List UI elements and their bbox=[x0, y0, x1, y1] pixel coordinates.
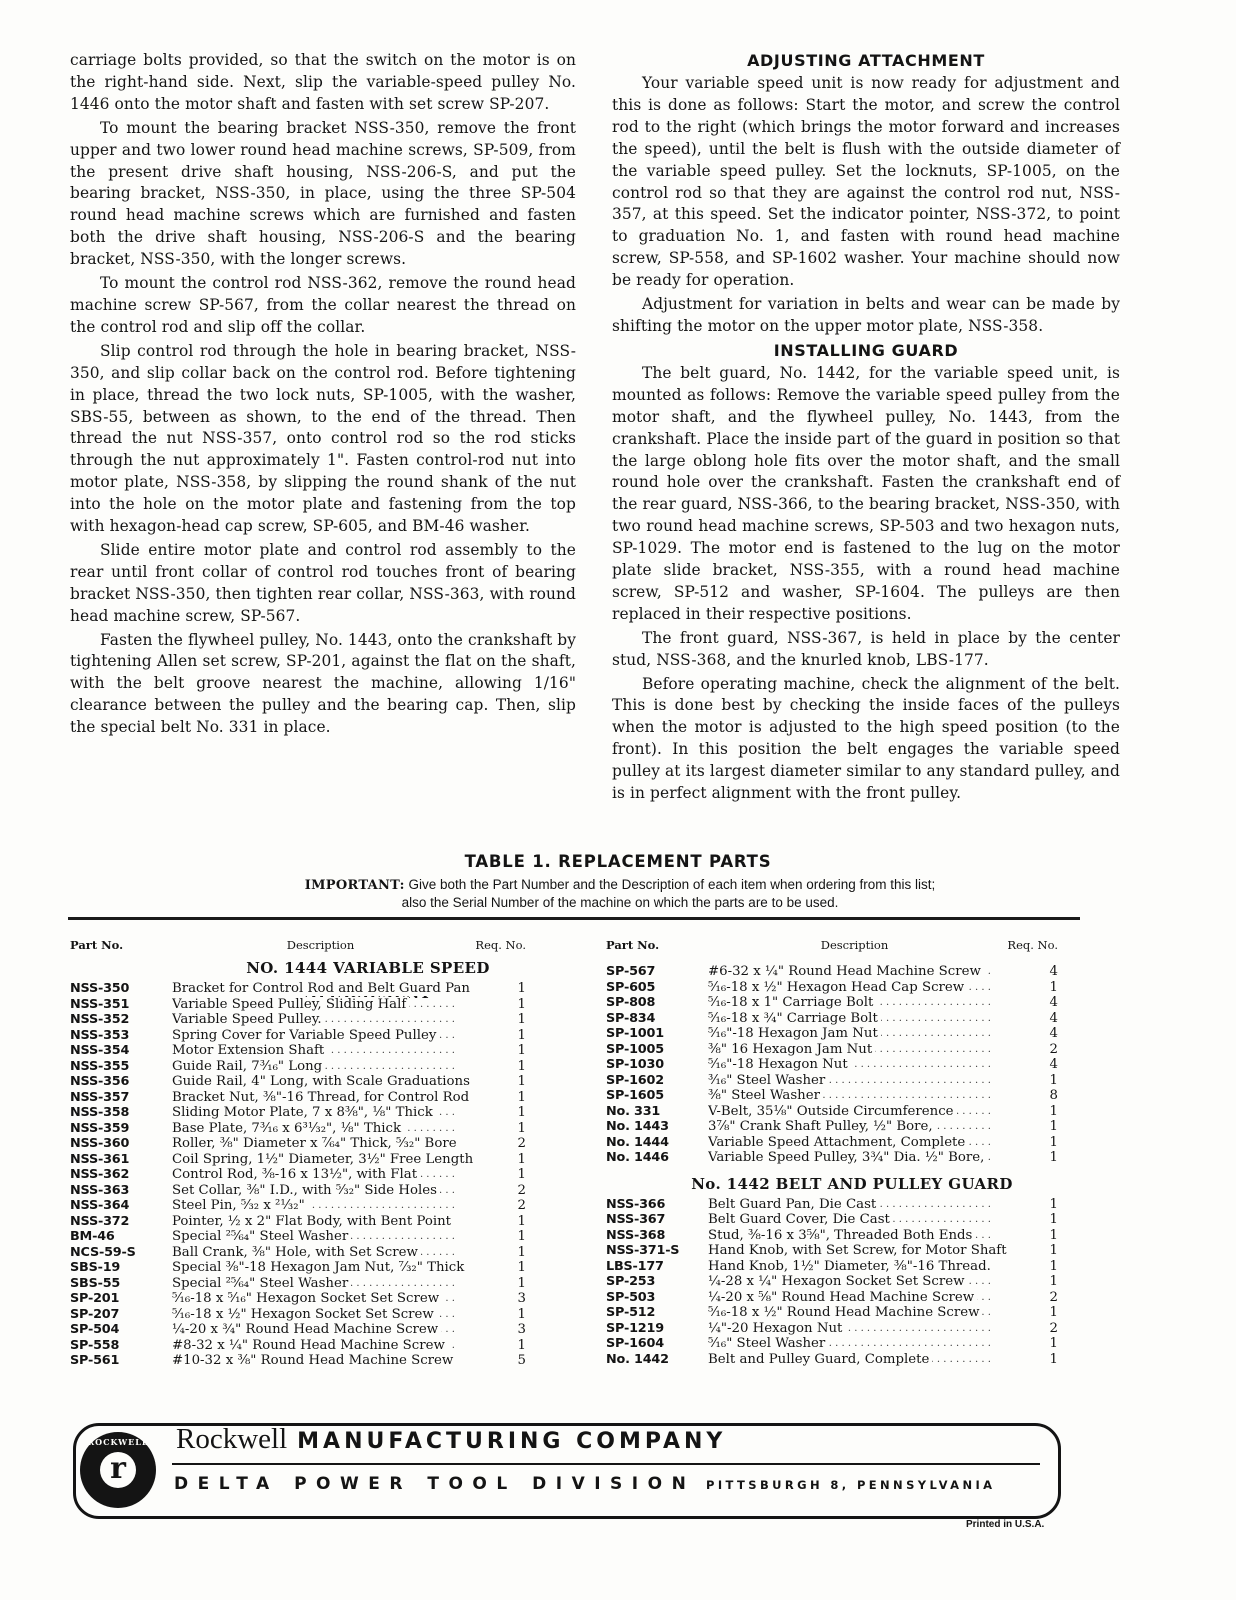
part-description: Spring Cover for Variable Speed Pulley bbox=[172, 1028, 508, 1044]
part-number: NSS-359 bbox=[70, 1121, 172, 1137]
part-number: NSS-355 bbox=[70, 1059, 172, 1075]
req-no-header: Req. No. bbox=[988, 938, 1058, 952]
part-number: SP-503 bbox=[606, 1290, 708, 1306]
required-quantity: 5 bbox=[508, 1353, 526, 1369]
part-description: ³⁄₈" 16 Hexagon Jam Nut bbox=[708, 1042, 1040, 1058]
table-header: Part No. Description Req. No. bbox=[70, 934, 526, 956]
part-number: NSS-362 bbox=[70, 1167, 172, 1183]
part-number: SP-1604 bbox=[606, 1336, 708, 1352]
part-description: Coil Spring, 1½" Diameter, 3½" Free Leng… bbox=[172, 1152, 508, 1168]
part-number: NSS-351 bbox=[70, 997, 172, 1013]
paragraph: Your variable speed unit is now ready fo… bbox=[612, 73, 1120, 292]
table-row: No. 1442Belt and Pulley Guard, Complete1 bbox=[606, 1352, 1058, 1368]
part-description: Hand Knob, with Set Screw, for Motor Sha… bbox=[708, 1243, 1040, 1259]
table-row: NSS-363Set Collar, ³⁄₈" I.D., with ⁵⁄₃₂"… bbox=[70, 1183, 526, 1199]
part-description: Sliding Motor Plate, 7 x 8³⁄₈", ¹⁄₈" Thi… bbox=[172, 1105, 508, 1121]
part-number: SP-201 bbox=[70, 1291, 172, 1307]
parts-table-right: Part No. Description Req. No. SP-567#6-3… bbox=[606, 934, 1058, 1367]
part-description: Stud, ³⁄₈-16 x 3⅝", Threaded Both Ends bbox=[708, 1228, 1040, 1244]
part-number: NSS-367 bbox=[606, 1212, 708, 1228]
paragraph: carriage bolts provided, so that the swi… bbox=[70, 50, 576, 116]
table-row: NSS-356Guide Rail, 4" Long, with Scale G… bbox=[70, 1074, 526, 1090]
part-number: SP-808 bbox=[606, 995, 708, 1011]
part-number: SP-561 bbox=[70, 1353, 172, 1369]
required-quantity: 1 bbox=[508, 1059, 526, 1075]
required-quantity: 1 bbox=[508, 1043, 526, 1059]
table-row: No. 331V-Belt, 35⅛" Outside Circumferenc… bbox=[606, 1104, 1058, 1120]
required-quantity: 1 bbox=[1040, 1073, 1058, 1089]
table-row: NSS-359Base Plate, 7³⁄₁₆ x 6³¹⁄₃₂", ¹⁄₈"… bbox=[70, 1121, 526, 1137]
left-text-column: carriage bolts provided, so that the swi… bbox=[70, 50, 576, 741]
part-number: SP-558 bbox=[70, 1338, 172, 1354]
table-divider bbox=[68, 917, 1080, 920]
part-number: NSS-352 bbox=[70, 1012, 172, 1028]
part-description: Bracket Nut, ³⁄₈"-16 Thread, for Control… bbox=[172, 1090, 508, 1106]
table-row: SP-1030⁵⁄₁₆"-18 Hexagon Nut4 bbox=[606, 1057, 1058, 1073]
part-description: Belt Guard Pan, Die Cast bbox=[708, 1197, 1040, 1213]
part-number: SBS-19 bbox=[70, 1260, 172, 1276]
part-description: ⁵⁄₁₆"-18 Hexagon Nut bbox=[708, 1057, 1040, 1073]
parts-table-left: Part No. Description Req. No. NO. 1444 V… bbox=[70, 934, 526, 1369]
part-number: NSS-354 bbox=[70, 1043, 172, 1059]
table-row: NSS-354Motor Extension Shaft1 bbox=[70, 1043, 526, 1059]
required-quantity: 4 bbox=[1040, 1026, 1058, 1042]
required-quantity: 1 bbox=[508, 1074, 526, 1090]
required-quantity: 1 bbox=[508, 1338, 526, 1354]
table-row: SP-605⁵⁄₁₆-18 x ½" Hexagon Head Cap Scre… bbox=[606, 980, 1058, 996]
part-description: Ball Crank, ³⁄₈" Hole, with Set Screw bbox=[172, 1245, 508, 1261]
important-text: also the Serial Number of the machine on… bbox=[150, 894, 1090, 911]
required-quantity: 2 bbox=[508, 1183, 526, 1199]
table-row: SP-207⁵⁄₁₆-18 x ½" Hexagon Socket Set Sc… bbox=[70, 1307, 526, 1323]
part-description: Pointer, ½ x 2" Flat Body, with Bent Poi… bbox=[172, 1214, 508, 1230]
table-row: SP-512⁵⁄₁₆-18 x ½" Round Head Machine Sc… bbox=[606, 1305, 1058, 1321]
table-row: SP-834⁵⁄₁₆-18 x ¾" Carriage Bolt4 bbox=[606, 1011, 1058, 1027]
part-number: SP-834 bbox=[606, 1011, 708, 1027]
part-number: SP-1030 bbox=[606, 1057, 708, 1073]
part-description: ³⁄₁₆" Steel Washer bbox=[708, 1073, 1040, 1089]
paragraph: Slide entire motor plate and control rod… bbox=[70, 540, 576, 628]
part-description: ⁵⁄₁₆-18 x ½" Hexagon Head Cap Screw bbox=[708, 980, 1040, 996]
table-row: SP-504¼-20 x ¾" Round Head Machine Screw… bbox=[70, 1322, 526, 1338]
paragraph: To mount the control rod NSS-362, remove… bbox=[70, 273, 576, 339]
table-row: NSS-361Coil Spring, 1½" Diameter, 3½" Fr… bbox=[70, 1152, 526, 1168]
required-quantity: 1 bbox=[508, 1245, 526, 1261]
manual-page: carriage bolts provided, so that the swi… bbox=[0, 0, 1236, 1600]
required-quantity: 1 bbox=[508, 1152, 526, 1168]
required-quantity: 1 bbox=[1040, 1305, 1058, 1321]
part-number: No. 1443 bbox=[606, 1119, 708, 1135]
group-title-1442: No. 1442 BELT AND PULLEY GUARD bbox=[606, 1172, 1058, 1197]
part-description: ⁵⁄₁₆" Steel Washer bbox=[708, 1336, 1040, 1352]
part-number: SP-1001 bbox=[606, 1026, 708, 1042]
company-name: RockwellMANUFACTURING COMPANY bbox=[176, 1423, 726, 1456]
table-row: SBS-19Special ³⁄₈"-18 Hexagon Jam Nut, ⁷… bbox=[70, 1260, 526, 1276]
required-quantity: 1 bbox=[1040, 1243, 1058, 1259]
required-quantity: 2 bbox=[508, 1198, 526, 1214]
required-quantity: 1 bbox=[1040, 1352, 1058, 1368]
part-description: Variable Speed Attachment, Complete bbox=[708, 1135, 1040, 1151]
important-label: IMPORTANT: bbox=[305, 878, 405, 893]
part-description: Motor Extension Shaft bbox=[172, 1043, 508, 1059]
required-quantity: 1 bbox=[508, 1167, 526, 1183]
table-row: NSS-368Stud, ³⁄₈-16 x 3⅝", Threaded Both… bbox=[606, 1228, 1058, 1244]
table-title: TABLE 1. REPLACEMENT PARTS bbox=[0, 852, 1236, 871]
part-number: No. 331 bbox=[606, 1104, 708, 1120]
part-number: SP-1605 bbox=[606, 1088, 708, 1104]
required-quantity: 2 bbox=[508, 1136, 526, 1152]
required-quantity: 4 bbox=[1040, 964, 1058, 980]
logo-ring-text: ROCKWELL bbox=[80, 1437, 156, 1447]
table-row: NSS-352Variable Speed Pulley.1 bbox=[70, 1012, 526, 1028]
table-row: SP-1005³⁄₈" 16 Hexagon Jam Nut2 bbox=[606, 1042, 1058, 1058]
part-description: Special ²⁵⁄₆₄" Steel Washer bbox=[172, 1276, 508, 1292]
part-description: Variable Speed Pulley, Sliding Half bbox=[172, 997, 508, 1013]
part-number: NSS-353 bbox=[70, 1028, 172, 1044]
table-row: NSS-371-SHand Knob, with Set Screw, for … bbox=[606, 1243, 1058, 1259]
parts-rows: SP-567#6-32 x ¼" Round Head Machine Scre… bbox=[606, 964, 1058, 1166]
table-row: NCS-59-SBall Crank, ³⁄₈" Hole, with Set … bbox=[70, 1245, 526, 1261]
paragraph: Adjustment for variation in belts and we… bbox=[612, 294, 1120, 338]
company-name-mfg: MANUFACTURING COMPANY bbox=[297, 1429, 726, 1454]
required-quantity: 1 bbox=[1040, 1119, 1058, 1135]
required-quantity: 8 bbox=[1040, 1088, 1058, 1104]
table-row: NSS-364Steel Pin, ⁵⁄₃₂ x ²¹⁄₃₂"2 bbox=[70, 1198, 526, 1214]
important-text: Give both the Part Number and the Descri… bbox=[405, 877, 936, 892]
table-row: BM-46Special ²⁵⁄₆₄" Steel Washer1 bbox=[70, 1229, 526, 1245]
table-row: No. 14433⅞" Crank Shaft Pulley, ½" Bore,… bbox=[606, 1119, 1058, 1135]
required-quantity: 1 bbox=[508, 1260, 526, 1276]
required-quantity: 1 bbox=[508, 1028, 526, 1044]
printed-in-usa: Printed in U.S.A. bbox=[966, 1519, 1044, 1530]
part-description: Bracket for Control Rod and Belt Guard P… bbox=[172, 981, 508, 997]
part-description: Roller, ³⁄₈" Diameter x ⁷⁄₆₄" Thick, ⁵⁄₃… bbox=[172, 1136, 508, 1152]
part-number: NSS-358 bbox=[70, 1105, 172, 1121]
table-row: SP-561#10-32 x ³⁄₈" Round Head Machine S… bbox=[70, 1353, 526, 1369]
table-row: SP-1001⁵⁄₁₆"-18 Hexagon Jam Nut4 bbox=[606, 1026, 1058, 1042]
part-description: 3⅞" Crank Shaft Pulley, ½" Bore, bbox=[708, 1119, 1040, 1135]
paragraph: Slip control rod through the hole in bea… bbox=[70, 341, 576, 538]
part-no-header: Part No. bbox=[606, 938, 711, 952]
table-row: SP-1604⁵⁄₁₆" Steel Washer1 bbox=[606, 1336, 1058, 1352]
part-number: NSS-350 bbox=[70, 981, 172, 997]
part-description: Belt and Pulley Guard, Complete bbox=[708, 1352, 1040, 1368]
part-number: SP-1005 bbox=[606, 1042, 708, 1058]
part-description: ⁵⁄₁₆-18 x 1" Carriage Bolt bbox=[708, 995, 1040, 1011]
group-title-1444: NO. 1444 VARIABLE SPEED ATTACHMENT bbox=[70, 956, 526, 981]
required-quantity: 1 bbox=[508, 1012, 526, 1028]
logo-letter: r bbox=[100, 1452, 136, 1488]
part-description: #6-32 x ¼" Round Head Machine Screw bbox=[708, 964, 1040, 980]
part-description: Base Plate, 7³⁄₁₆ x 6³¹⁄₃₂", ¹⁄₈" Thick bbox=[172, 1121, 508, 1137]
table-row: SP-503¼-20 x ⅝" Round Head Machine Screw… bbox=[606, 1290, 1058, 1306]
part-no-header: Part No. bbox=[70, 938, 175, 952]
table-row: NSS-353Spring Cover for Variable Speed P… bbox=[70, 1028, 526, 1044]
part-description: Special ²⁵⁄₆₄" Steel Washer bbox=[172, 1229, 508, 1245]
part-number: NSS-361 bbox=[70, 1152, 172, 1168]
required-quantity: 2 bbox=[1040, 1290, 1058, 1306]
required-quantity: 4 bbox=[1040, 995, 1058, 1011]
required-quantity: 1 bbox=[508, 1105, 526, 1121]
part-description: Guide Rail, 7³⁄₁₆" Long bbox=[172, 1059, 508, 1075]
part-number: No. 1446 bbox=[606, 1150, 708, 1166]
required-quantity: 1 bbox=[508, 1229, 526, 1245]
part-number: SBS-55 bbox=[70, 1276, 172, 1292]
table-row: SP-201⁵⁄₁₆-18 x ⁵⁄₁₆" Hexagon Socket Set… bbox=[70, 1291, 526, 1307]
part-description: Control Rod, ³⁄₈-16 x 13½", with Flat bbox=[172, 1167, 508, 1183]
paragraph: The front guard, NSS-367, is held in pla… bbox=[612, 628, 1120, 672]
required-quantity: 2 bbox=[1040, 1042, 1058, 1058]
table-row: NSS-355Guide Rail, 7³⁄₁₆" Long1 bbox=[70, 1059, 526, 1075]
table-row: SP-1219¼"-20 Hexagon Nut2 bbox=[606, 1321, 1058, 1337]
part-number: NSS-364 bbox=[70, 1198, 172, 1214]
table-row: NSS-362Control Rod, ³⁄₈-16 x 13½", with … bbox=[70, 1167, 526, 1183]
part-number: SP-207 bbox=[70, 1307, 172, 1323]
required-quantity: 2 bbox=[1040, 1321, 1058, 1337]
part-description: #8-32 x ¼" Round Head Machine Screw bbox=[172, 1338, 508, 1354]
table-row: NSS-367Belt Guard Cover, Die Cast1 bbox=[606, 1212, 1058, 1228]
required-quantity: 4 bbox=[1040, 1057, 1058, 1073]
footer-divider bbox=[172, 1463, 1040, 1465]
part-number: SP-567 bbox=[606, 964, 708, 980]
part-description: Special ³⁄₈"-18 Hexagon Jam Nut, ⁷⁄₃₂" T… bbox=[172, 1260, 508, 1276]
part-description: ⁵⁄₁₆-18 x ½" Round Head Machine Screw bbox=[708, 1305, 1040, 1321]
part-number: NSS-363 bbox=[70, 1183, 172, 1199]
table-row: SP-558#8-32 x ¼" Round Head Machine Scre… bbox=[70, 1338, 526, 1354]
table-row: SBS-55Special ²⁵⁄₆₄" Steel Washer1 bbox=[70, 1276, 526, 1292]
table-row: No. 1446Variable Speed Pulley, 3¾" Dia. … bbox=[606, 1150, 1058, 1166]
required-quantity: 3 bbox=[508, 1322, 526, 1338]
part-description: Variable Speed Pulley, 3¾" Dia. ½" Bore, bbox=[708, 1150, 1040, 1166]
part-number: NSS-368 bbox=[606, 1228, 708, 1244]
required-quantity: 1 bbox=[1040, 1259, 1058, 1275]
installing-guard-heading: INSTALLING GUARD bbox=[612, 340, 1120, 362]
table-row: SP-1605³⁄₈" Steel Washer8 bbox=[606, 1088, 1058, 1104]
required-quantity: 1 bbox=[1040, 1150, 1058, 1166]
part-number: NSS-372 bbox=[70, 1214, 172, 1230]
important-note: IMPORTANT: Give both the Part Number and… bbox=[150, 876, 1090, 911]
required-quantity: 1 bbox=[1040, 1228, 1058, 1244]
table-row: NSS-351Variable Speed Pulley, Sliding Ha… bbox=[70, 997, 526, 1013]
part-number: SP-605 bbox=[606, 980, 708, 996]
required-quantity: 4 bbox=[1040, 1011, 1058, 1027]
table-row: NSS-366Belt Guard Pan, Die Cast1 bbox=[606, 1197, 1058, 1213]
part-description: Set Collar, ³⁄₈" I.D., with ⁵⁄₃₂" Side H… bbox=[172, 1183, 508, 1199]
part-description: ¼"-20 Hexagon Nut bbox=[708, 1321, 1040, 1337]
part-description: ¼-20 x ⅝" Round Head Machine Screw bbox=[708, 1290, 1040, 1306]
parts-rows: NSS-350Bracket for Control Rod and Belt … bbox=[70, 981, 526, 1369]
paragraph: Fasten the flywheel pulley, No. 1443, on… bbox=[70, 630, 576, 740]
required-quantity: 1 bbox=[1040, 1336, 1058, 1352]
part-description: Steel Pin, ⁵⁄₃₂ x ²¹⁄₃₂" bbox=[172, 1198, 508, 1214]
part-number: SP-1219 bbox=[606, 1321, 708, 1337]
part-number: SP-1602 bbox=[606, 1073, 708, 1089]
required-quantity: 1 bbox=[1040, 1135, 1058, 1151]
part-description: ⁵⁄₁₆-18 x ½" Hexagon Socket Set Screw bbox=[172, 1307, 508, 1323]
table-row: No. 1444Variable Speed Attachment, Compl… bbox=[606, 1135, 1058, 1151]
part-number: SP-504 bbox=[70, 1322, 172, 1338]
part-number: LBS-177 bbox=[606, 1259, 708, 1275]
part-number: NSS-356 bbox=[70, 1074, 172, 1090]
required-quantity: 1 bbox=[1040, 980, 1058, 996]
right-text-column: ADJUSTING ATTACHMENT Your variable speed… bbox=[612, 50, 1120, 807]
part-number: SP-512 bbox=[606, 1305, 708, 1321]
description-header: Description bbox=[175, 938, 456, 952]
table-row: NSS-350Bracket for Control Rod and Belt … bbox=[70, 981, 526, 997]
part-description: ³⁄₈" Steel Washer bbox=[708, 1088, 1040, 1104]
company-name-rockwell: Rockwell bbox=[176, 1423, 287, 1455]
table-row: NSS-357Bracket Nut, ³⁄₈"-16 Thread, for … bbox=[70, 1090, 526, 1106]
paragraph: To mount the bearing bracket NSS-350, re… bbox=[70, 118, 576, 271]
required-quantity: 1 bbox=[508, 1276, 526, 1292]
table-row: SP-253¼-28 x ¼" Hexagon Socket Set Screw… bbox=[606, 1274, 1058, 1290]
rockwell-logo-icon: ROCKWELL r bbox=[80, 1432, 156, 1508]
required-quantity: 1 bbox=[1040, 1274, 1058, 1290]
part-description: ⁵⁄₁₆-18 x ⁵⁄₁₆" Hexagon Socket Set Screw bbox=[172, 1291, 508, 1307]
part-description: Guide Rail, 4" Long, with Scale Graduati… bbox=[172, 1074, 508, 1090]
required-quantity: 1 bbox=[508, 997, 526, 1013]
part-number: NSS-366 bbox=[606, 1197, 708, 1213]
table-row: SP-808⁵⁄₁₆-18 x 1" Carriage Bolt4 bbox=[606, 995, 1058, 1011]
part-description: V-Belt, 35⅛" Outside Circumference bbox=[708, 1104, 1040, 1120]
required-quantity: 1 bbox=[1040, 1197, 1058, 1213]
required-quantity: 1 bbox=[1040, 1212, 1058, 1228]
city-address: PITTSBURGH 8, PENNSYLVANIA bbox=[706, 1478, 995, 1492]
required-quantity: 1 bbox=[508, 1307, 526, 1323]
table-header: Part No. Description Req. No. bbox=[606, 934, 1058, 956]
table-row: LBS-177Hand Knob, 1½" Diameter, ³⁄₈"-16 … bbox=[606, 1259, 1058, 1275]
required-quantity: 1 bbox=[508, 1214, 526, 1230]
required-quantity: 1 bbox=[1040, 1104, 1058, 1120]
part-number: NCS-59-S bbox=[70, 1245, 172, 1261]
part-number: NSS-357 bbox=[70, 1090, 172, 1106]
part-description: ¼-20 x ¾" Round Head Machine Screw bbox=[172, 1322, 508, 1338]
required-quantity: 3 bbox=[508, 1291, 526, 1307]
table-row: NSS-358Sliding Motor Plate, 7 x 8³⁄₈", ¹… bbox=[70, 1105, 526, 1121]
part-number: NSS-360 bbox=[70, 1136, 172, 1152]
table-row: NSS-372Pointer, ½ x 2" Flat Body, with B… bbox=[70, 1214, 526, 1230]
part-number: No. 1444 bbox=[606, 1135, 708, 1151]
part-description: Variable Speed Pulley. bbox=[172, 1012, 508, 1028]
required-quantity: 1 bbox=[508, 1121, 526, 1137]
part-number: No. 1442 bbox=[606, 1352, 708, 1368]
part-description: ⁵⁄₁₆"-18 Hexagon Jam Nut bbox=[708, 1026, 1040, 1042]
table-row: SP-567#6-32 x ¼" Round Head Machine Scre… bbox=[606, 964, 1058, 980]
description-header: Description bbox=[711, 938, 988, 952]
table-row: NSS-360Roller, ³⁄₈" Diameter x ⁷⁄₆₄" Thi… bbox=[70, 1136, 526, 1152]
parts-rows: NSS-366Belt Guard Pan, Die Cast1NSS-367B… bbox=[606, 1197, 1058, 1368]
req-no-header: Req. No. bbox=[456, 938, 526, 952]
division-name: DELTA POWER TOOL DIVISION bbox=[174, 1474, 695, 1494]
required-quantity: 1 bbox=[508, 1090, 526, 1106]
paragraph: Before operating machine, check the alig… bbox=[612, 674, 1120, 805]
part-description: #10-32 x ³⁄₈" Round Head Machine Screw bbox=[172, 1353, 508, 1369]
part-description: Hand Knob, 1½" Diameter, ³⁄₈"-16 Thread. bbox=[708, 1259, 1040, 1275]
adjusting-attachment-heading: ADJUSTING ATTACHMENT bbox=[612, 50, 1120, 72]
part-description: ¼-28 x ¼" Hexagon Socket Set Screw bbox=[708, 1274, 1040, 1290]
part-number: NSS-371-S bbox=[606, 1243, 708, 1259]
part-description: ⁵⁄₁₆-18 x ¾" Carriage Bolt bbox=[708, 1011, 1040, 1027]
table-row: SP-1602³⁄₁₆" Steel Washer1 bbox=[606, 1073, 1058, 1089]
paragraph: The belt guard, No. 1442, for the variab… bbox=[612, 363, 1120, 626]
required-quantity: 1 bbox=[508, 981, 526, 997]
part-number: SP-253 bbox=[606, 1274, 708, 1290]
part-description: Belt Guard Cover, Die Cast bbox=[708, 1212, 1040, 1228]
part-number: BM-46 bbox=[70, 1229, 172, 1245]
